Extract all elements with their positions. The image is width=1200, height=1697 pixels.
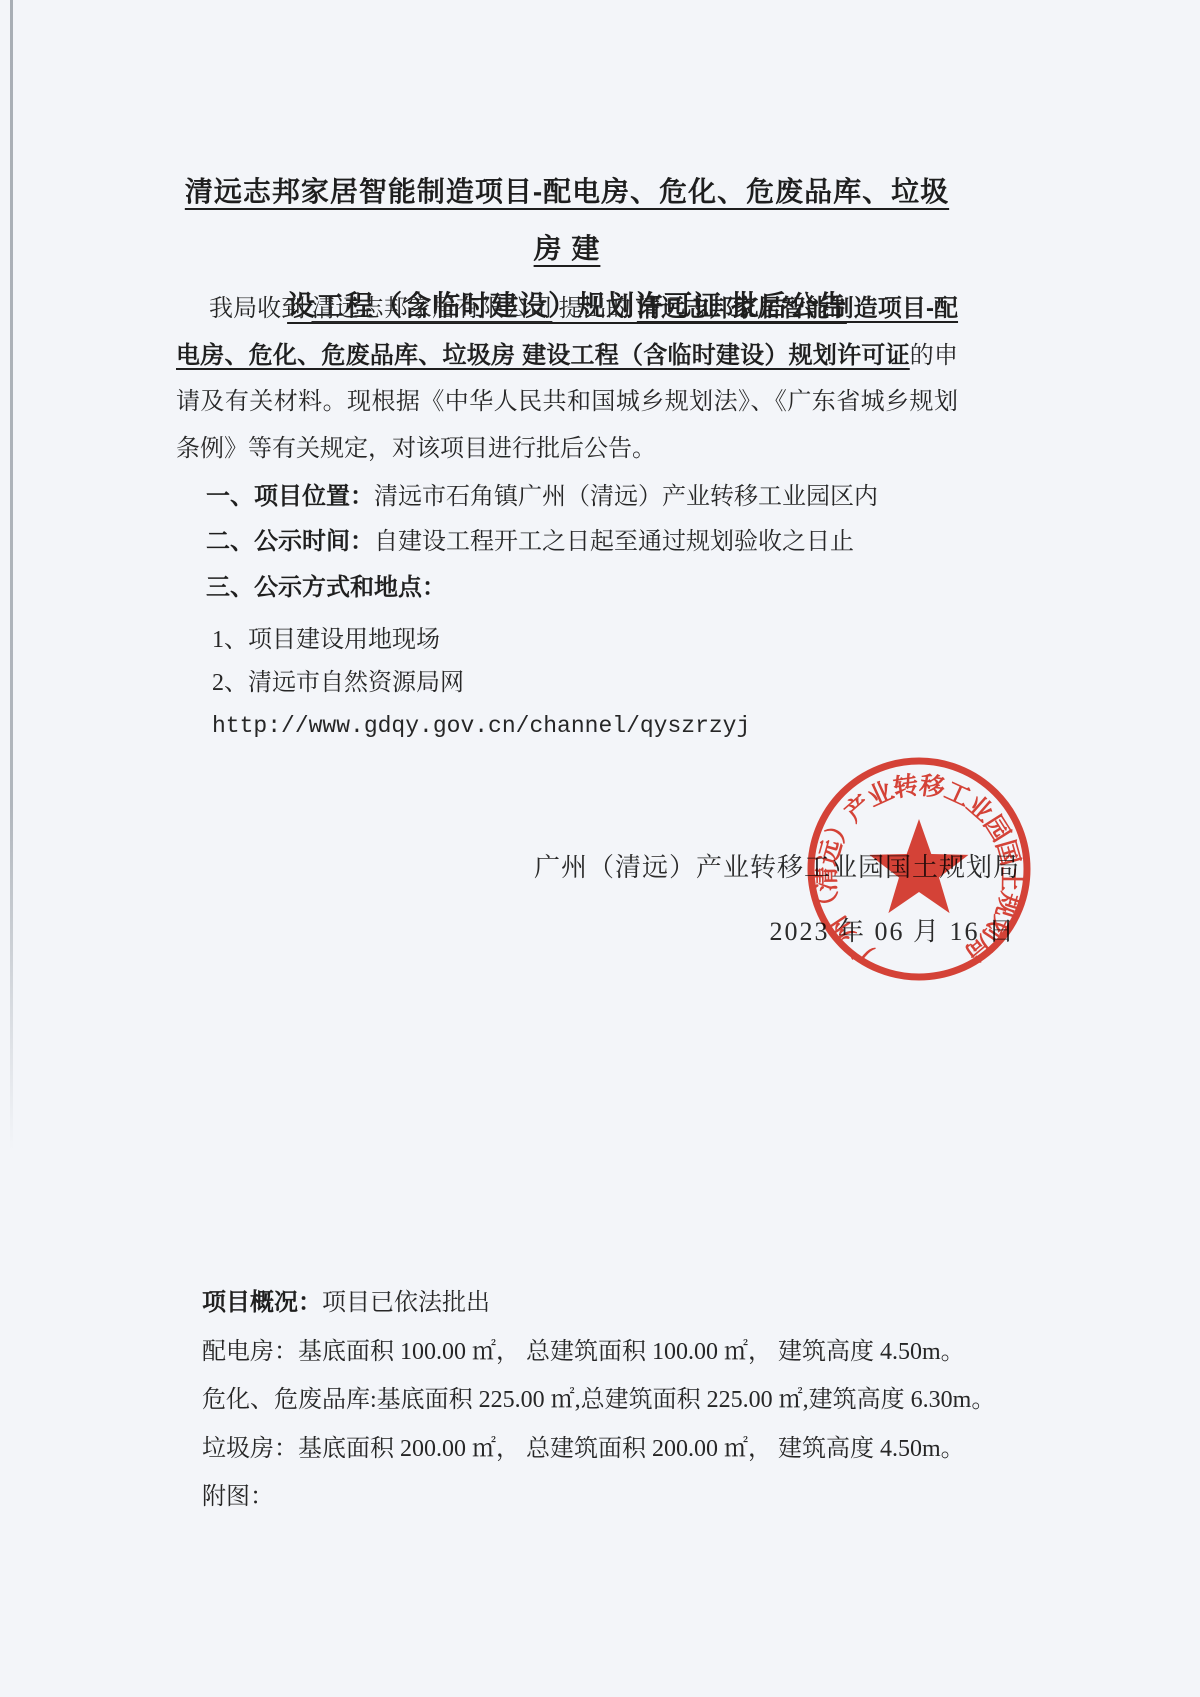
subitem-2-text: 2、清远市自然资源局网 xyxy=(212,670,464,696)
connector-text: 提出的 xyxy=(552,296,636,322)
item-1-label: 一、项目位置： xyxy=(206,483,374,510)
item-project-location: 一、项目位置：清远市石角镇广州（清远）产业转移工业园区内 xyxy=(176,476,958,518)
item-publicity-method: 三、公示方式和地点： xyxy=(176,567,958,609)
applicant-name: 清远志邦家居有限公司 xyxy=(311,296,552,322)
svg-text:土: 土 xyxy=(997,866,1025,891)
subitem-website: 2、清远市自然资源局网 http://www.gdqy.gov.cn/chann… xyxy=(176,662,958,747)
scanned-document-page: 清远志邦家居智能制造项目-配电房、危化、危废品库、垃圾房 建 设工程（含临时建设… xyxy=(0,0,1200,1697)
project-overview-block: 项目概况：项目已依法批出 配电房：基底面积 100.00 ㎡， 总建筑面积 10… xyxy=(176,1279,966,1522)
official-seal: 广州（清远）产业转移工业园国土规划局 xyxy=(804,753,1035,986)
item-publicity-period: 二、公示时间：自建设工程开工之日起至通过规划验收之日止 xyxy=(176,521,958,563)
scan-edge-line xyxy=(10,0,13,1150)
overview-title-row: 项目概况：项目已依法批出 xyxy=(202,1279,966,1328)
item-2-label: 二、公示时间： xyxy=(206,528,374,555)
svg-text:清: 清 xyxy=(813,866,841,891)
spec-line-power-room: 配电房：基底面积 100.00 ㎡， 总建筑面积 100.00 ㎡， 建筑高度 … xyxy=(202,1328,966,1377)
intro-text: 我局收到 xyxy=(209,296,311,322)
item-2-value: 自建设工程开工之日起至通过规划验收之日止 xyxy=(374,529,854,555)
seal-star-icon xyxy=(870,819,969,913)
attachment-label: 附图： xyxy=(202,1473,966,1522)
spec-line-hazard-warehouse: 危化、危废品库:基底面积 225.00 ㎡,总建筑面积 225.00 ㎡,建筑高… xyxy=(202,1376,966,1425)
publicity-url: http://www.gdqy.gov.cn/channel/qyszrzyj xyxy=(212,713,750,739)
overview-label: 项目概况： xyxy=(202,1289,322,1316)
subitem-site-location: 1、项目建设用地现场 xyxy=(176,619,958,661)
item-1-value: 清远市石角镇广州（清远）产业转移工业园区内 xyxy=(374,484,878,510)
item-3-label: 三、公示方式和地点： xyxy=(206,574,446,601)
spec-line-garbage-room: 垃圾房：基底面积 200.00 ㎡， 总建筑面积 200.00 ㎡， 建筑高度 … xyxy=(202,1425,966,1474)
intro-paragraph: 我局收到 清远志邦家居有限公司 提出的 清远志邦家居智能制造项目-配电房、危化、… xyxy=(176,286,958,472)
subitem-1-text: 1、项目建设用地现场 xyxy=(212,627,440,653)
overview-status: 项目已依法批出 xyxy=(322,1290,490,1316)
document-title-line-1: 清远志邦家居智能制造项目-配电房、危化、危废品库、垃圾房 建 xyxy=(185,176,949,264)
svg-text:转: 转 xyxy=(891,770,920,802)
